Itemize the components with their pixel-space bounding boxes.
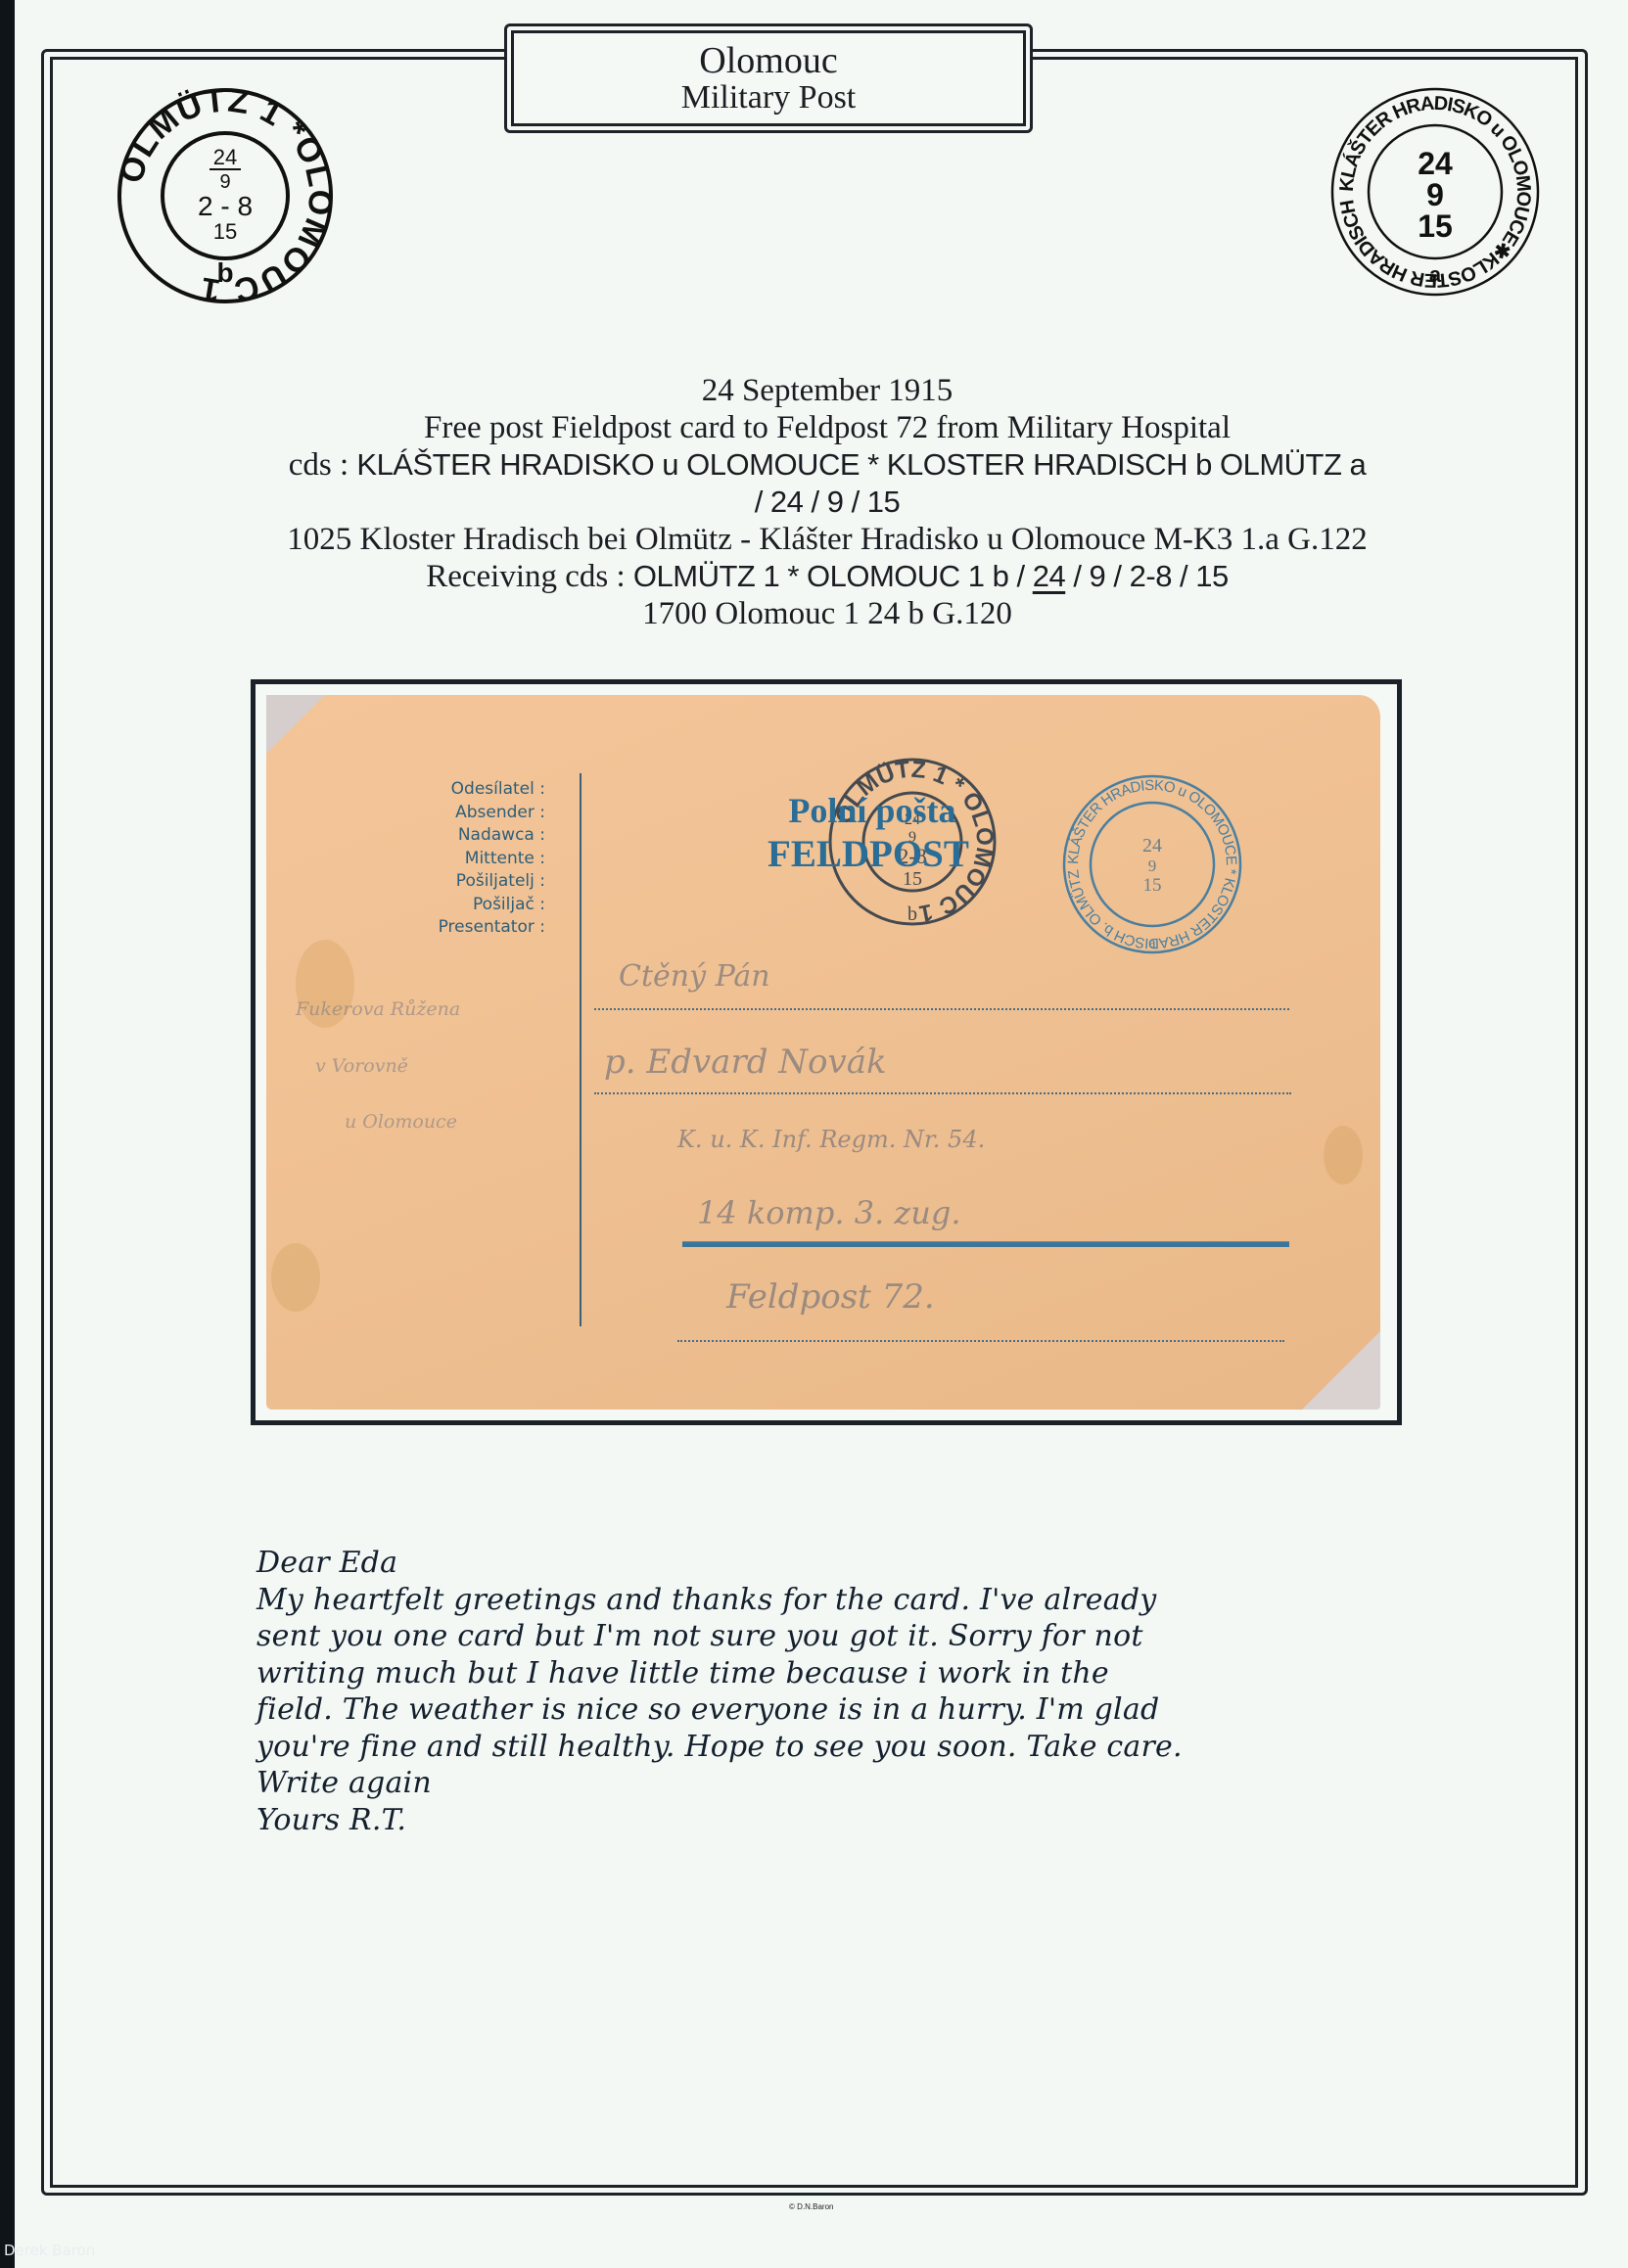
photo-corner-icon	[1302, 1331, 1380, 1410]
receiving-day-underlined: 24	[1033, 559, 1065, 593]
address-line	[594, 1008, 1289, 1010]
cds-line: cds : KLÁŠTER HRADISKO u OLOMOUCE * KLOS…	[117, 446, 1537, 484]
svg-text:15: 15	[1418, 208, 1453, 244]
handwritten-sender-1: Fukerova Růžena	[296, 998, 460, 1020]
svg-text:24: 24	[213, 145, 237, 169]
age-stain	[271, 1243, 320, 1312]
scan-edge	[0, 0, 15, 2268]
letter-translation: Dear Eda My heartfelt greetings and than…	[256, 1545, 1183, 1838]
handwritten-sender-3: u Olomouce	[345, 1111, 457, 1133]
copyright-notice: © D.N.Baron	[789, 2202, 833, 2211]
age-stain	[1324, 1126, 1363, 1184]
handwritten-address-3: K. u. K. Inf. Regm. Nr. 54.	[677, 1126, 985, 1153]
catalogue-ref-2: 1700 Olomouc 1 24 b G.120	[117, 595, 1537, 632]
page-title: Olomouc	[514, 41, 1023, 80]
page-subtitle: Military Post	[514, 80, 1023, 116]
card-divider	[580, 773, 581, 1326]
cds-date: / 24 / 9 / 15	[117, 484, 1537, 521]
svg-text:24: 24	[1418, 146, 1453, 181]
svg-text:b: b	[907, 903, 917, 925]
svg-text:2 - 8: 2 - 8	[198, 191, 253, 221]
handwritten-sender-2: v Vorovně	[315, 1055, 408, 1077]
svg-text:9: 9	[219, 171, 230, 193]
handwritten-address-2: p. Edvard Novák	[604, 1042, 887, 1082]
handwritten-address-5: Feldpost 72.	[726, 1277, 935, 1317]
title-box: Olomouc Military Post	[511, 30, 1026, 126]
receiving-postmark-illustration: OLMÜTZ 1 *OLOMOUC 1 b 24 9 2 - 8 15	[116, 86, 335, 305]
handwritten-address-4: 14 komp. 3. zug.	[697, 1194, 961, 1231]
svg-text:9: 9	[1148, 856, 1157, 875]
cds-text: KLÁŠTER HRADISKO u OLOMOUCE * KLOSTER HR…	[356, 447, 1366, 482]
svg-text:15: 15	[213, 219, 237, 244]
catalogue-ref-1: 1025 Kloster Hradisch bei Olmütz - Klášt…	[117, 521, 1537, 558]
handwritten-address-1: Ctěný Pán	[619, 959, 770, 994]
postcard: Odesílatel : Absender : Nadawca : Mitten…	[266, 695, 1380, 1410]
svg-text:a: a	[1429, 262, 1442, 287]
svg-text:9: 9	[1426, 177, 1444, 212]
svg-text:b: b	[216, 257, 233, 288]
cover-date: 24 September 1915	[117, 372, 1537, 409]
address-line	[594, 1092, 1291, 1094]
address-underline	[682, 1241, 1289, 1247]
watermark: Derek Baron	[4, 2242, 95, 2259]
photo-corner-icon	[266, 695, 325, 754]
svg-text:15: 15	[1143, 875, 1162, 896]
sender-labels: Odesílatel : Absender : Nadawca : Mitten…	[345, 778, 545, 940]
address-line	[677, 1340, 1284, 1342]
feldpost-imprint: Polní pošta FELDPOST	[775, 788, 969, 876]
sending-postmark: KLÁŠTER HRADISKO u OLOMOUCE * KLOSTER HR…	[1059, 771, 1245, 957]
cover-summary: Free post Fieldpost card to Feldpost 72 …	[117, 409, 1537, 446]
cover-description: 24 September 1915 Free post Fieldpost ca…	[117, 372, 1537, 632]
receiving-cds-line: Receiving cds : OLMÜTZ 1 * OLOMOUC 1 b /…	[117, 558, 1537, 595]
sending-postmark-illustration: KLÁŠTER HRADISKO u OLOMOUCE✱KLOSTER HRAD…	[1327, 84, 1543, 300]
svg-text:a: a	[1148, 935, 1155, 951]
svg-text:24: 24	[1142, 835, 1162, 856]
